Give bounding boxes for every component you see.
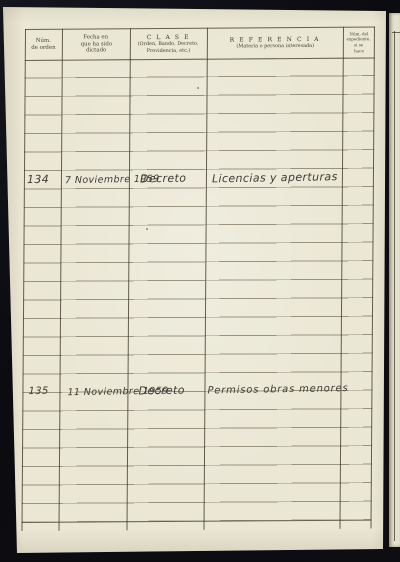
entry-clase: Decreto [140,172,186,186]
header-clase-sub1: (Orden, Bando, Decreto, [138,41,199,47]
header-expediente-line1: Núm. del [349,32,368,36]
adjacent-page-top-border [392,32,400,33]
header-expediente-line2: expediente, [347,38,371,42]
header-cell-expediente: Núm. del expediente, si se hace [343,28,375,58]
entry-referencia: Permisos obras menores [207,383,348,396]
ledger-page: Núm. de orden Fecha en que ha sido dicta… [0,0,400,562]
header-cell-clase: C L A S E (Orden, Bando, Decreto, Provid… [130,29,207,60]
scan-surround: Núm. de orden Fecha en que ha sido dicta… [0,0,400,562]
entry-num: 134 [27,173,49,186]
header-referencia-sub: (Materia o persona interesada) [236,44,314,50]
header-expediente-line4: hace [354,49,364,53]
registry-table: Núm. de orden Fecha en que ha sido dicta… [22,27,375,523]
ledger-entry-134: 134 7 Noviembre 1959 Decreto Licencias y… [24,171,374,189]
header-fecha-line1: Fecha en [84,34,109,40]
entry-referencia: Licencias y aperturas [212,170,338,185]
header-expediente-line3: si se [354,44,363,48]
header-clase-sub2: Providencia, etc.) [146,48,190,54]
adjacent-page-edge [389,13,400,547]
header-cell-referencia: R E F E R E N C I A (Materia o persona i… [207,28,343,59]
header-fecha-line3: dictado [86,48,106,54]
entry-num: 135 [28,386,48,397]
header-num-line2: de orden [31,45,55,51]
header-cell-fecha: Fecha en que ha sido dictado [62,29,130,59]
ruled-lines [22,58,375,522]
entry-clase: Decreto [138,384,184,398]
table-header-row: Núm. de orden Fecha en que ha sido dicta… [25,28,375,60]
adjacent-page-table-border [394,31,395,541]
header-cell-num: Núm. de orden [25,30,62,60]
ledger-entry-135: 135 11 Noviembre 1959 Decreto Permisos o… [22,383,372,401]
